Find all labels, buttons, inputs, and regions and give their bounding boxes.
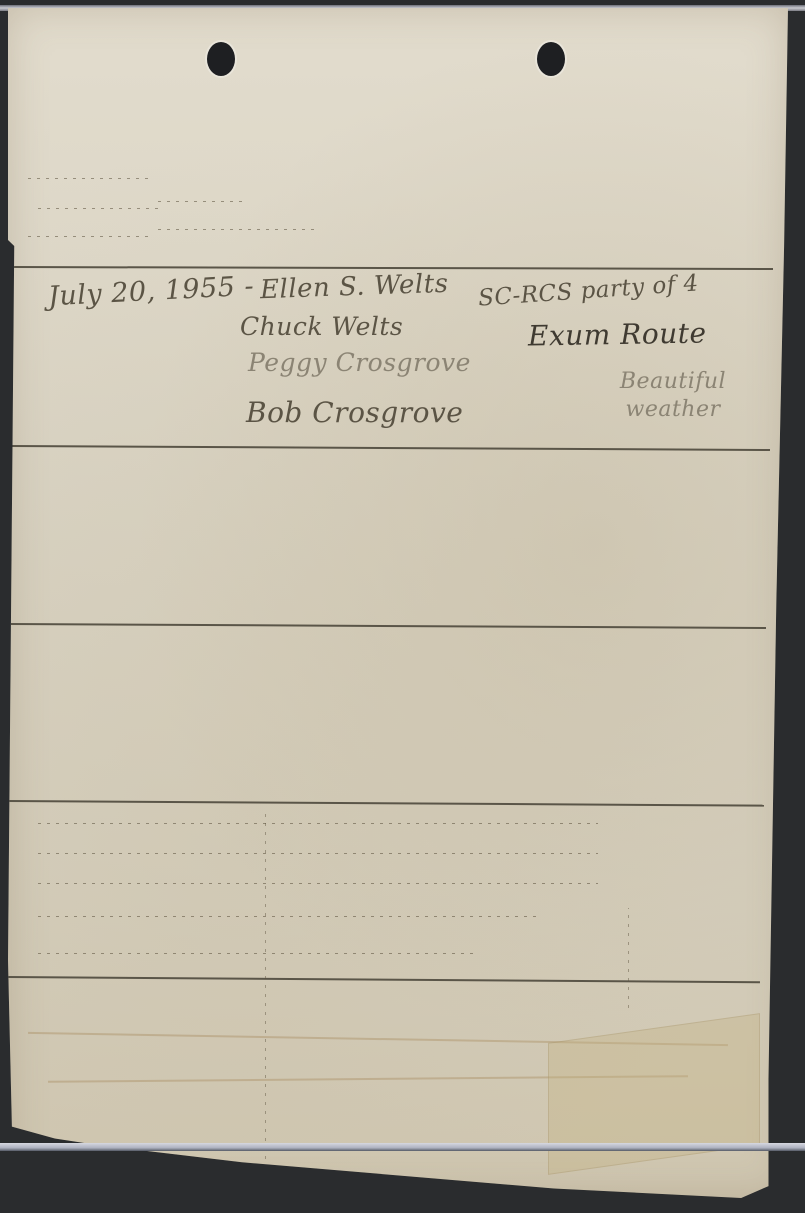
entry-name-1: Ellen S. Welts: [260, 269, 449, 306]
print-dots: [38, 916, 538, 917]
entry-name-3: Peggy Crosgrove: [248, 348, 471, 377]
holder-rail-bottom: [0, 1143, 805, 1151]
print-dots: [38, 823, 598, 824]
print-column-divider: [628, 908, 629, 1008]
entry-date: July 20, 1955 -: [47, 271, 254, 313]
print-dots: [38, 883, 598, 884]
punch-hole-left: [207, 42, 235, 76]
print-dots: [38, 208, 158, 209]
print-dots: [38, 853, 598, 854]
print-dots: [28, 178, 148, 179]
entry-name-2: Chuck Welts: [240, 312, 403, 341]
entry-name-4: Bob Crosgrove: [246, 396, 463, 429]
entry-remark: Beautiful weather: [598, 368, 748, 424]
entry-route: Exum Route: [528, 316, 707, 352]
print-column-divider: [265, 808, 266, 1168]
print-dots: [158, 201, 248, 202]
punch-hole-right: [537, 42, 565, 76]
rule-line-1: [8, 266, 773, 270]
print-dots: [38, 953, 478, 954]
register-page: July 20, 1955 - Ellen S. Welts Chuck Wel…: [8, 8, 788, 1198]
rule-line-5: [8, 976, 760, 983]
entry-party: SC-RCS party of 4: [477, 270, 699, 311]
print-dots: [158, 229, 318, 230]
rule-line-3: [8, 623, 766, 629]
rule-line-4: [8, 800, 764, 807]
rule-line-2: [8, 445, 770, 451]
print-dots: [28, 236, 148, 237]
